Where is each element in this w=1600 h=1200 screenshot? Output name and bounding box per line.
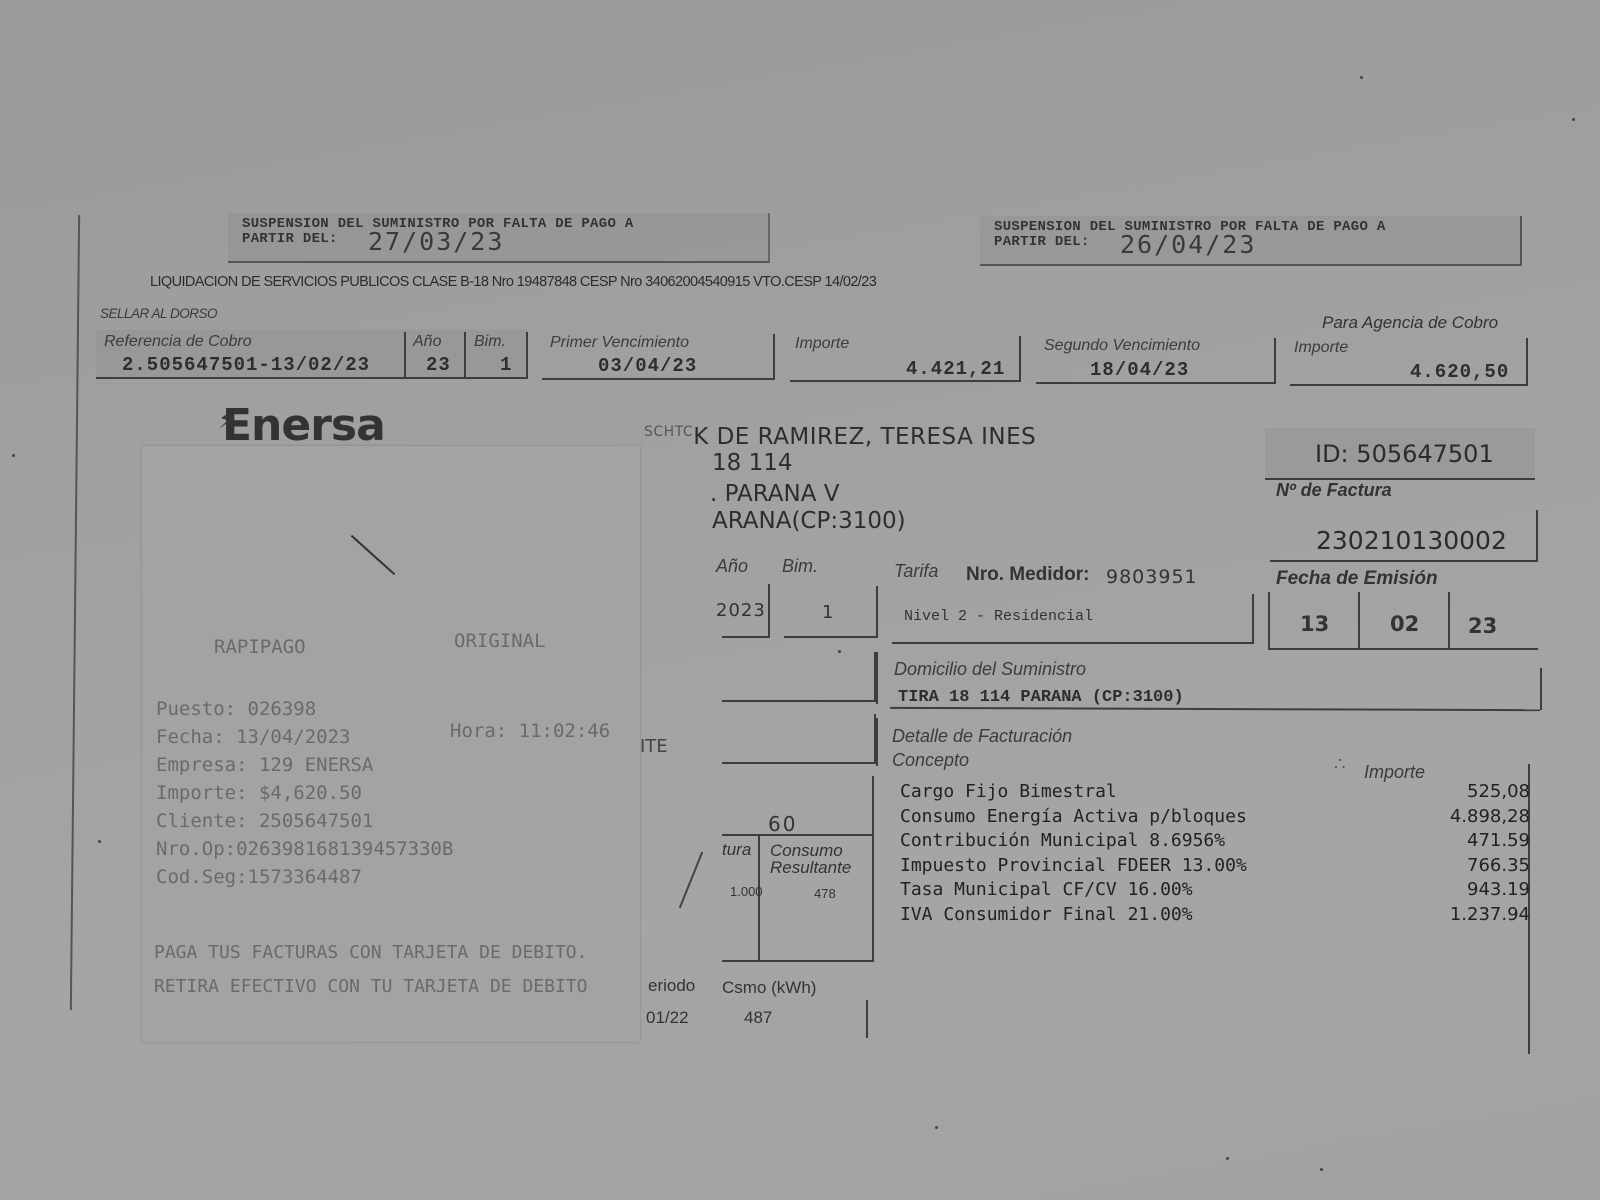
result-label-line2: Resultante (770, 859, 851, 876)
emission-month: 02 (1390, 612, 1419, 636)
reference-label: Referencia de Cobro (104, 333, 252, 351)
result-value: 478 (814, 886, 836, 901)
receipt-promo-1: PAGA TUS FACTURAS CON TARJETA DE DEBITO. (154, 942, 587, 963)
meter-value: 9803951 (1106, 566, 1198, 588)
amount: 1.237.94 (1450, 903, 1530, 928)
speck (1360, 76, 1363, 79)
table-row: Consumo Energía Activa p/bloques 4.898,2… (900, 805, 1530, 830)
period-year-label: Año (716, 556, 748, 577)
brand-name: Enersa (222, 400, 385, 451)
history-csmo-label: Csmo (kWh) (722, 978, 816, 998)
suspension-notice-text: PARTIR DEL: (242, 232, 338, 247)
enersa-logo: ⚡︎ Enersa (222, 400, 385, 451)
amount: 525,08 (1467, 780, 1530, 805)
tariff-value: Nivel 2 - Residencial (904, 608, 1093, 625)
second-due-label: Segundo Vencimiento (1044, 337, 1200, 355)
account-id-value: 505647501 (1356, 440, 1493, 468)
receipt-title: RAPIPAGO (214, 636, 306, 658)
billing-detail-title: Detalle de Facturación (892, 726, 1072, 747)
history-csmo-value: 487 (744, 1008, 772, 1028)
concept: Cargo Fijo Bimestral (900, 780, 1117, 805)
table-row: Contribución Municipal 8.6956% 471.59 (900, 829, 1530, 854)
history-period-value: 01/22 (646, 1008, 689, 1028)
suspension-notice-1: SUSPENSION DEL SUMINISTRO POR FALTA DE P… (228, 213, 770, 263)
bim-value: 1 (500, 354, 512, 376)
invoice-label: Nº de Factura (1276, 480, 1392, 501)
table-row: IVA Consumidor Final 21.00% 1.237.94 (900, 903, 1530, 928)
receipt-promo-2: RETIRA EFECTIVO CON TU TARJETA DE DEBITO (154, 976, 587, 997)
receipt-cod-seg: Cod.Seg:1573364487 (156, 866, 362, 888)
receipt-puesto: Puesto: 026398 (156, 698, 316, 720)
account-id: ID: 505647501 (1315, 440, 1494, 468)
second-amount-label: Importe (1294, 339, 1348, 357)
speck (98, 840, 101, 843)
concept: IVA Consumidor Final 21.00% (900, 903, 1193, 928)
suspension-notice-text: PARTIR DEL: (994, 235, 1090, 250)
speck (1226, 1157, 1229, 1160)
agency-note: Para Agencia de Cobro (1322, 313, 1498, 333)
period-bim-label: Bim. (782, 556, 818, 577)
rapipago-receipt: RAPIPAGO ORIGINAL Puesto: 026398 Fecha: … (142, 446, 640, 1042)
table-row: Tasa Municipal CF/CV 16.00% 943.19 (900, 878, 1530, 903)
billing-col-concept: Concepto (892, 750, 969, 771)
scribble-mark: ∴ (1334, 754, 1345, 775)
emission-date-label: Fecha de Emisión (1276, 568, 1438, 590)
factor-label: tura (722, 840, 751, 860)
amount: 4.898,28 (1450, 805, 1530, 830)
receipt-copy: ORIGINAL (454, 630, 546, 652)
result-label-line1: Consumo (770, 842, 851, 859)
lightning-icon: ⚡︎ (218, 406, 234, 434)
table-row: Impuesto Provincial FDEER 13.00% 766.35 (900, 854, 1530, 879)
supply-address-label: Domicilio del Suministro (894, 659, 1086, 680)
tariff-label: Tarifa (894, 561, 938, 582)
reference-value: 2.505647501-13/02/23 (122, 354, 370, 376)
customer-name-visible: K DE RAMIREZ, TERESA INES (693, 424, 1036, 450)
emission-year: 23 (1468, 614, 1497, 638)
bim-label: Bim. (474, 333, 506, 351)
second-amount-value: 4.620,50 (1410, 361, 1509, 383)
stamp-note: SELLAR AL DORSO (100, 306, 217, 321)
suspension-notice-2: SUSPENSION DEL SUMINISTRO POR FALTA DE P… (980, 216, 1522, 266)
speck (12, 454, 15, 457)
first-amount-value: 4.421,21 (906, 358, 1005, 380)
account-id-box: ID: 505647501 (1265, 428, 1535, 480)
days-value: 60 (768, 812, 797, 836)
liquidation-line: LIQUIDACION DE SERVICIOS PUBLICOS CLASE … (150, 274, 876, 290)
pen-mark (351, 535, 395, 575)
receipt-hora: Hora: 11:02:46 (450, 720, 610, 742)
first-due-value: 03/04/23 (598, 355, 697, 377)
history-period-label: eriodo (648, 976, 695, 996)
result-label: Consumo Resultante (770, 842, 851, 876)
suspension-date: 26/04/23 (1120, 230, 1256, 259)
receipt-empresa: Empresa: 129 ENERSA (156, 754, 373, 776)
receipt-fecha: Fecha: 13/04/2023 (156, 726, 350, 748)
supply-address-value: TIRA 18 114 PARANA (CP:3100) (898, 688, 1184, 707)
billing-detail-table: Cargo Fijo Bimestral 525,08 Consumo Ener… (900, 780, 1540, 927)
period-year-value: 2023 (716, 600, 766, 621)
customer-address-line3: ARANA(CP:3100) (712, 508, 906, 534)
receipt-nro-op: Nro.Op:026398168139457330B (156, 838, 453, 860)
amount: 766.35 (1467, 854, 1530, 879)
receipt-importe: Importe: $4,620.50 (156, 782, 362, 804)
factor-value: 1.000 (730, 884, 763, 899)
speck (838, 650, 841, 653)
emission-day: 13 (1300, 612, 1329, 636)
amount: 943.19 (1467, 878, 1530, 903)
meter-label: Nro. Medidor: (966, 564, 1090, 586)
account-id-label: ID: (1315, 440, 1349, 468)
partial-label: ITE (640, 736, 668, 757)
table-row: Cargo Fijo Bimestral 525,08 (900, 780, 1530, 805)
second-due-value: 18/04/23 (1090, 359, 1189, 381)
suspension-date: 27/03/23 (368, 227, 504, 256)
customer-address-line2: . PARANA V (710, 481, 840, 507)
speck (1572, 118, 1575, 121)
customer-name: SCHTCK DE RAMIREZ, TERESA INES (644, 424, 1036, 450)
first-amount-label: Importe (795, 335, 849, 353)
speck (1320, 1168, 1323, 1171)
concept: Consumo Energía Activa p/bloques (900, 805, 1247, 830)
speck (935, 1126, 938, 1129)
receipt-cliente: Cliente: 2505647501 (156, 810, 373, 832)
concept: Tasa Municipal CF/CV 16.00% (900, 878, 1193, 903)
amount: 471.59 (1467, 829, 1530, 854)
handwritten-mark (679, 852, 703, 908)
concept: Contribución Municipal 8.6956% (900, 829, 1225, 854)
concept: Impuesto Provincial FDEER 13.00% (900, 854, 1247, 879)
invoice-number: 230210130002 (1316, 526, 1507, 555)
paper-edge (70, 215, 80, 1010)
year-value: 23 (426, 354, 451, 376)
period-bim-value: 1 (822, 602, 833, 623)
customer-address-line1: 18 114 (712, 450, 792, 476)
first-due-label: Primer Vencimiento (550, 334, 689, 352)
year-label: Año (413, 333, 441, 351)
